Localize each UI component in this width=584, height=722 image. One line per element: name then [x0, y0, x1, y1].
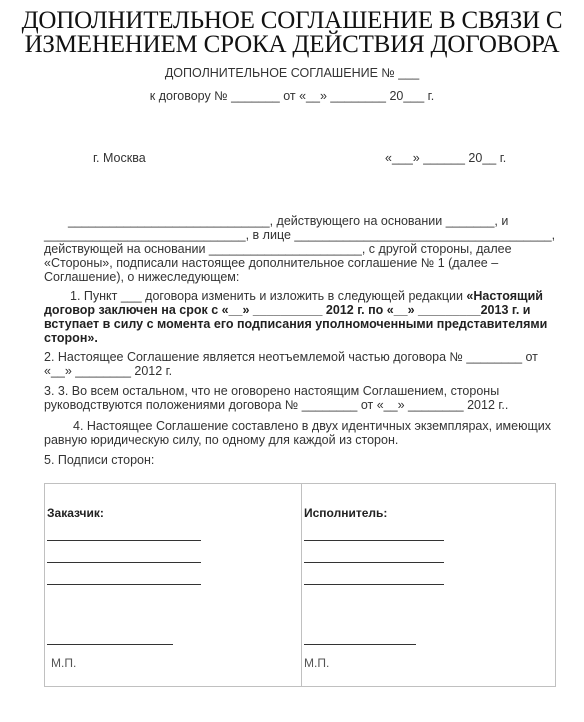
clause-5: 5. Подписи сторон:	[44, 453, 154, 467]
clause-2-line: «__» ________ 2012 г.	[44, 364, 172, 378]
customer-signature-cell: Заказчик: М.П.	[45, 484, 301, 686]
clause-1-line: вступает в силу с момента его подписания…	[44, 317, 547, 331]
signature-line	[304, 562, 444, 563]
document-title-line-2: ИЗМЕНЕНИЕМ СРОКА ДЕЙСТВИЯ ДОГОВОРА	[0, 32, 584, 58]
clause-1-line: 1. Пункт ___ договора изменить и изложит…	[70, 289, 543, 303]
clause-1-text: 1. Пункт ___ договора изменить и изложит…	[70, 289, 466, 303]
clause-1-line: договор заключен на срок с «__» ________…	[44, 303, 530, 317]
clause-1-bold-text: «Настоящий	[466, 289, 543, 303]
signature-line	[47, 584, 201, 585]
contractor-label: Исполнитель:	[304, 506, 387, 520]
preamble-line: _____________________________, в лице __…	[44, 228, 555, 242]
customer-stamp: М.П.	[51, 656, 76, 670]
document-date: «___» ______ 20__ г.	[385, 151, 506, 165]
clause-1-line: сторон».	[44, 331, 98, 345]
preamble-line: «Стороны», подписали настоящее дополните…	[44, 256, 498, 270]
signature-line	[47, 540, 201, 541]
signature-line	[47, 562, 201, 563]
agreement-subtitle: ДОПОЛНИТЕЛЬНОЕ СОГЛАШЕНИЕ № ___	[0, 66, 584, 80]
clause-3-line: 3. 3. Во всем остальном, что не оговорен…	[44, 384, 499, 398]
signature-line	[304, 644, 416, 645]
clause-3-line: руководствуются положениями договора № _…	[44, 398, 508, 412]
signature-line	[304, 584, 444, 585]
signature-table: Заказчик: М.П. Исполнитель: М.П.	[44, 483, 556, 687]
preamble-line: Соглашение), о нижеследующем:	[44, 270, 239, 284]
preamble-line: действующей на основании _______________…	[44, 242, 512, 256]
customer-label: Заказчик:	[47, 506, 104, 520]
clause-2-line: 2. Настоящее Соглашение является неотъем…	[44, 350, 538, 364]
clause-4-line: равную юридическую силу, по одному для к…	[44, 433, 398, 447]
clause-4-line: 4. Настоящее Соглашение составлено в дву…	[73, 419, 551, 433]
contractor-signature-cell: Исполнитель: М.П.	[302, 484, 556, 686]
signature-line	[304, 540, 444, 541]
contractor-stamp: М.П.	[304, 656, 329, 670]
preamble-line: _____________________________, действующ…	[68, 214, 508, 228]
city: г. Москва	[93, 151, 146, 165]
signature-line	[47, 644, 173, 645]
contract-reference: к договору № _______ от «__» ________ 20…	[0, 89, 584, 103]
